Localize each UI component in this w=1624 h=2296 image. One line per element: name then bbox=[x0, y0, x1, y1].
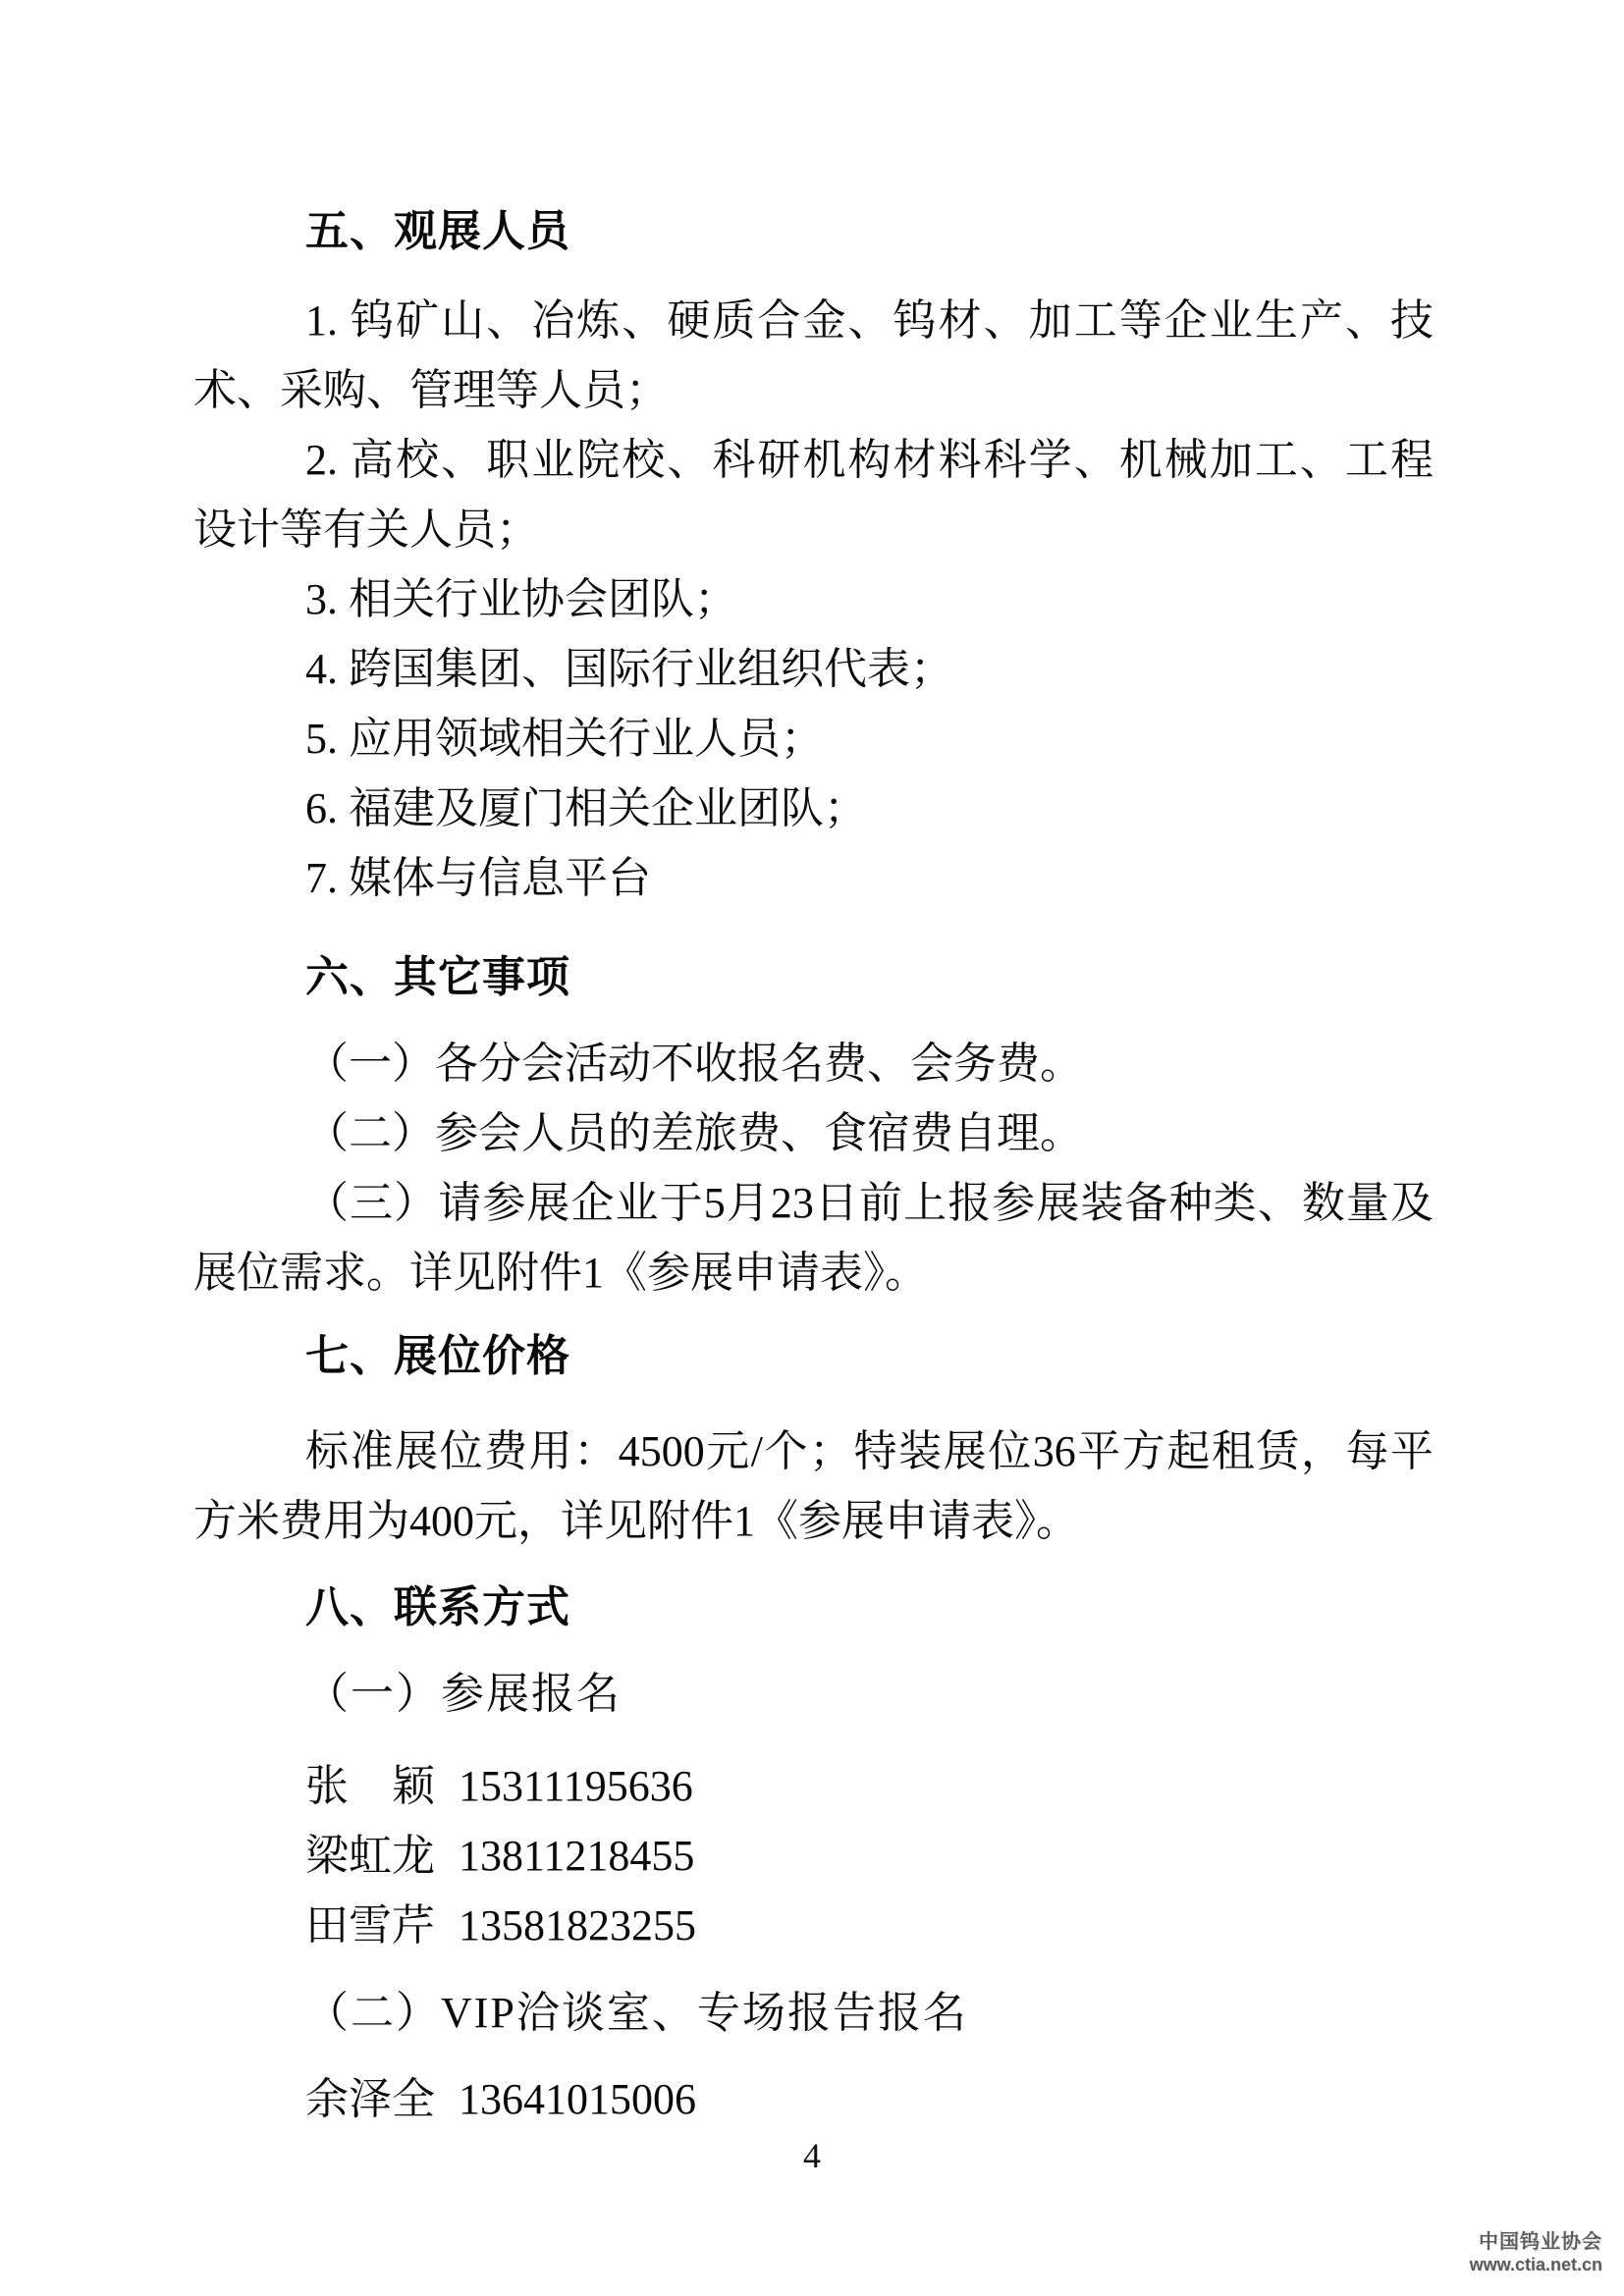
contact-name: 梁虹龙 bbox=[305, 1832, 435, 1880]
visitors-item-2-line-2: 设计等有关人员； bbox=[193, 495, 1434, 564]
watermark-org-name: 中国钨业协会 bbox=[1470, 2230, 1602, 2254]
other-matters-item-2: （二）参会人员的差旅费、食宿费自理。 bbox=[305, 1098, 1434, 1168]
contact-name: 田雪芹 bbox=[305, 1901, 435, 1949]
visitors-item-4: 4. 跨国集团、国际行业组织代表； bbox=[305, 634, 1434, 704]
watermark: 中国钨业协会 www.ctia.net.cn bbox=[1470, 2230, 1602, 2275]
document-page: 五、观展人员 1. 钨矿山、冶炼、硬质合金、钨材、加工等企业生产、技 术、采购、… bbox=[0, 0, 1624, 2296]
contact-phone: 13641015006 bbox=[459, 2075, 696, 2123]
contact-subsection-2: （二）VIP洽谈室、专场报告报名 bbox=[305, 1978, 1434, 2048]
other-matters-item-1: （一）各分会活动不收报名费、会务费。 bbox=[305, 1029, 1434, 1098]
visitors-item-1-line-2: 术、采购、管理等人员； bbox=[193, 355, 1434, 425]
booth-price-line-2: 方米费用为400元，详见附件1《参展申请表》。 bbox=[193, 1486, 1434, 1556]
contact-row: 张 颖15311195636 bbox=[305, 1751, 1434, 1821]
watermark-url: www.ctia.net.cn bbox=[1470, 2254, 1602, 2275]
visitors-item-6: 6. 福建及厦门相关企业团队； bbox=[305, 774, 1434, 843]
section-8-heading: 八、联系方式 bbox=[305, 1573, 1434, 1642]
booth-price-line-1: 标准展位费用：4500元/个；特装展位36平方起租赁，每平 bbox=[305, 1416, 1434, 1486]
contact-phone: 13811218455 bbox=[459, 1832, 694, 1880]
visitors-item-2-line-1: 2. 高校、职业院校、科研机构材料科学、机械加工、工程 bbox=[305, 425, 1434, 495]
visitors-item-1-line-1: 1. 钨矿山、冶炼、硬质合金、钨材、加工等企业生产、技 bbox=[305, 286, 1434, 355]
section-6-heading: 六、其它事项 bbox=[305, 942, 1434, 1012]
contact-row: 梁虹龙13811218455 bbox=[305, 1821, 1434, 1891]
document-content: 五、观展人员 1. 钨矿山、冶炼、硬质合金、钨材、加工等企业生产、技 术、采购、… bbox=[193, 196, 1434, 2134]
contact-row: 田雪芹13581823255 bbox=[305, 1891, 1434, 1960]
visitors-item-3: 3. 相关行业协会团队； bbox=[305, 564, 1434, 634]
contact-name: 余泽全 bbox=[305, 2075, 435, 2123]
contact-row: 余泽全13641015006 bbox=[305, 2064, 1434, 2134]
page-number: 4 bbox=[0, 2136, 1624, 2175]
contact-name: 张 颖 bbox=[305, 1762, 435, 1810]
section-5-heading: 五、观展人员 bbox=[305, 196, 1434, 266]
section-7-heading: 七、展位价格 bbox=[305, 1321, 1434, 1391]
visitors-item-5: 5. 应用领域相关行业人员； bbox=[305, 704, 1434, 774]
contact-phone: 15311195636 bbox=[459, 1762, 693, 1810]
other-matters-item-3-line-1: （三）请参展企业于5月23日前上报参展装备种类、数量及 bbox=[305, 1168, 1434, 1238]
other-matters-item-3-line-2: 展位需求。详见附件1《参展申请表》。 bbox=[193, 1238, 1434, 1308]
contact-subsection-1: （一）参展报名 bbox=[305, 1659, 1434, 1729]
contact-phone: 13581823255 bbox=[459, 1901, 696, 1949]
visitors-item-7: 7. 媒体与信息平台 bbox=[305, 843, 1434, 913]
